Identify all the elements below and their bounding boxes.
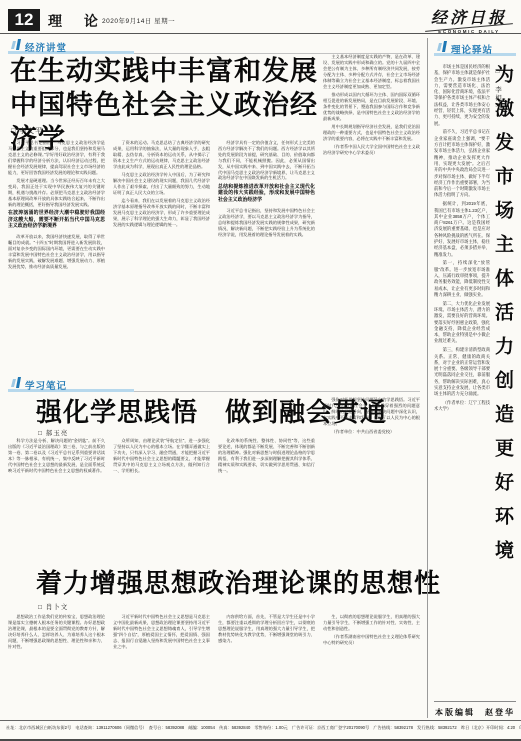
article-political-economy: 经济讲堂 在生动实践中丰富和发展 中国特色社会主义政治经济学 □ 李义平 习近平… bbox=[8, 38, 420, 374]
body-paragraph: 内容供给方面，首先，不管是大学生还是中小学生，都要注重以透彻的学理分析回应学生，… bbox=[218, 614, 315, 644]
header-rule bbox=[0, 33, 521, 34]
body-paragraph: 科学方法是分析、解决问题的“金钥匙”。前不久出版的《习近平谈治国理政》第三卷，与… bbox=[8, 438, 105, 473]
body-paragraph: 习近平新时代中国特色社会主义思想是马克思主义中国化最新成果，思想政治理论课要坚持… bbox=[113, 614, 210, 649]
body-paragraph: （作者系中国人民大学全国中国特色社会主义政治经济学研究中心学术委员） bbox=[323, 144, 420, 156]
body-paragraph: 主义基本经济制度是实践的产物，是在改革、建设、发展的实践中形成和确立的。党的十九… bbox=[323, 54, 420, 89]
body-paragraph: 强化对新思想坚持问题导向的学思践悟。习近平新时代中国特色社会主义思想贯穿着强烈的… bbox=[323, 397, 420, 427]
body-paragraph: （作者单位：中共山西省委党校） bbox=[323, 429, 420, 435]
sidebar-divider bbox=[427, 38, 428, 718]
body-paragraph: 用中长期规划指导经济社会发展，是我们党治国理政的一种重要方式，也是中国特色社会主… bbox=[323, 124, 420, 142]
column-tag-economics: 经济讲堂 bbox=[8, 38, 420, 55]
column-flag-icon bbox=[436, 40, 448, 58]
body-paragraph: 推动形成以国内大循环为主体、国内国际双循环相互促进的新发展格局，是在目前发展阶段… bbox=[323, 92, 420, 122]
body-paragraph: （作者系湖南省中国特色社会主义理论体系研究中心特约研究员） bbox=[323, 634, 420, 646]
body-paragraph: 发展才是硬道理。当今世界正经历百年未有之大变局，我国正处于实现中华民族伟大复兴的… bbox=[8, 178, 105, 208]
article2-column-2: 众所周知，由理论武装“导航定位”，进一步强化了坚持以人民为中心的根本立场。在学懂… bbox=[113, 438, 210, 560]
article1-column-2: 了资本的运动。马克思总结了古典经济学的研究成果，运用科学的抽象法，从大量的现象入… bbox=[113, 140, 210, 370]
tag-label: 经济讲堂 bbox=[25, 40, 67, 54]
body-paragraph: 市场主体是国民经济的根基，保护市场主体就是保护社会生产力。激发市场主体活力，需要… bbox=[434, 64, 490, 127]
body-subhead: 在波涛汹涌的世界经济大潮中稳驶好我国经济这艘大船，需要不断开拓当代中国马克思主义… bbox=[8, 211, 105, 231]
page-editor: 本版编辑 赵登华 bbox=[434, 701, 516, 718]
article1-column-1: 习近平总书记指出：“马克思主义政治经济学是马克思主义的重要组成部分，也是我们坚持… bbox=[8, 140, 105, 370]
body-paragraph: 第二，大力优化企业发展环境。市场主体活力、潜力的激发，需要良好的营商环境。要落实… bbox=[434, 301, 490, 345]
page-number: 12 bbox=[8, 9, 40, 31]
body-paragraph: 习近平总书记指出：“马克思主义政治经济学是马克思主义的重要组成部分，也是我们坚持… bbox=[8, 140, 105, 175]
tag-label: 理论驿站 bbox=[451, 42, 493, 56]
column-flag-icon bbox=[10, 38, 22, 56]
body-subhead: 总结和提炼推进改革开放和社会主义现代化建设的伟大实践经验，形成和发展中国特色社会… bbox=[218, 185, 315, 205]
column-tag-study: 学习笔记 bbox=[8, 376, 420, 393]
article2-byline: □ 郝玉亮 bbox=[38, 428, 68, 437]
article3-column-1: 思想政治工作是我们党的传家宝，思想政治理论课是落实立德树人根本任务的关键课程。办… bbox=[8, 614, 105, 710]
body-paragraph: 据统计，到2019年底，我国已有市场主体1.23亿户，其中企业3858万户，个体… bbox=[434, 201, 490, 258]
article3-column-3: 内容供给方面，首先，不管是大学生还是中小学生，都要注重以透彻的学理分析回应学生，… bbox=[218, 614, 315, 710]
sidebar-vertical-headline: 为激发市场主体活力创造更好环境 bbox=[489, 64, 516, 624]
body-paragraph: 了资本的运动。马克思总结了古典经济学的研究成果，运用科学的抽象法，从大量的现象入… bbox=[113, 140, 210, 170]
article3-column-2: 习近平新时代中国特色社会主义思想是马克思主义中国化最新成果，思想政治理论课要坚持… bbox=[113, 614, 210, 710]
article-ideological-course: 着力增强思想政治理论课的思想性 □ 肖卜文 思想政治工作是我们党的传家宝，思想政… bbox=[8, 562, 420, 712]
masthead: 经济日报 ECONOMIC DAILY bbox=[423, 5, 515, 34]
body-paragraph: 习近平总书记指出，坚持和发展中国特色社会主义政治经济学，要以马克思主义政治经济学… bbox=[218, 208, 315, 238]
body-paragraph: 第三，构建亲清新型政商关系。正常、健康的政商关系，对于企业的正常运营和发展十分重… bbox=[434, 347, 490, 397]
newspaper-page: 12 理 论 2020年9月14日 星期一 经济日报 ECONOMIC DAIL… bbox=[0, 0, 521, 741]
article3-byline: □ 肖卜文 bbox=[38, 602, 68, 611]
article1-column-3: 经济学具有一定的价值含义，任何形式上完美的西方经济学解决不了我们的问题。西方经济… bbox=[218, 140, 315, 370]
section-title: 理 论 bbox=[48, 11, 107, 31]
issue-date: 2020年9月14日 星期一 bbox=[102, 16, 175, 25]
column-flag-icon bbox=[10, 376, 22, 394]
article1-column-4: 主义基本经济制度是实践的产物，是在改革、建设、发展的实践中形成和确立的。党的十九… bbox=[323, 54, 420, 370]
body-paragraph: 生，以彻底的思想理论说服学生，用真理的强大力量引导学生，不断增强工作的针对性、实… bbox=[323, 614, 420, 632]
column-tag-station: 理论驿站 bbox=[434, 40, 516, 57]
headline-line1: 在生动实践中丰富和发展 bbox=[10, 54, 328, 88]
body-paragraph: 思想政治工作是我们党的传家宝，思想政治理论课是落实立德树人根本任务的关键课程。办… bbox=[8, 614, 105, 649]
imprint-footer: 社址：北京市西城区白纸坊东街2号 电话查询：13911270606（同微信号） … bbox=[0, 720, 521, 731]
sidebar-body-column: 市场主体是国民经济的根基，保护市场主体就是保护社会生产力。激发市场主体活力，需要… bbox=[434, 64, 490, 664]
article2-column-3: 化改革的系统性、整体性、协同性”等，这些重要论述，体现的都是不断发展、不断完善和… bbox=[218, 438, 315, 560]
article2-column-1: 科学方法是分析、解决问题的“金钥匙”。前不久出版的《习近平谈治国理政》第三卷，与… bbox=[8, 438, 105, 560]
article3-headline: 着力增强思想政治理论课的思想性 bbox=[36, 568, 441, 598]
article2-column-4: 强化对新思想坚持问题导向的学思践悟。习近平新时代中国特色社会主义思想贯穿着强烈的… bbox=[323, 397, 420, 560]
article3-column-4: 生，以彻底的思想理论说服学生，用真理的强大力量引导学生，不断增强工作的针对性、实… bbox=[323, 614, 420, 710]
body-paragraph: 马克思主义政治经济学传入中国后，为了研究和解决中国社会主义建设的现实问题，我国几… bbox=[113, 172, 210, 196]
body-paragraph: 众所周知，由理论武装“导航定位”，进一步强化了坚持以人民为中心的根本立场。在学懂… bbox=[113, 438, 210, 473]
tag-label: 学习笔记 bbox=[25, 378, 67, 392]
article-study-notes: 学习笔记 强化学思践悟 做到融会贯通 □ 郝玉亮 科学方法是分析、解决问题的“金… bbox=[8, 376, 420, 562]
body-paragraph: 经济学具有一定的价值含义，任何形式上完美的西方经济学解决不了我们的问题。西方经济… bbox=[218, 140, 315, 181]
body-paragraph: 化改革的系统性、整体性、协同性”等，这些重要论述，体现的都是不断发展、不断完善和… bbox=[218, 438, 315, 473]
article1-byline: □ 李义平 bbox=[11, 126, 43, 136]
body-paragraph: 迄今看来，我们在以发展着的马克思主义政治经济学基本原理指导改革开放实践的同时，不… bbox=[113, 198, 210, 228]
sidebar-theory-station: 理论驿站 市场主体是国民经济的根基，保护市场主体就是保护社会生产力。激发市场主体… bbox=[434, 38, 516, 718]
body-paragraph: （作者单位：辽宁工程技术大学） bbox=[434, 400, 490, 413]
body-paragraph: 第一，持续深化“放管服”改革。进一步放宽市场准入，压减行政审批事项，提升政务服务… bbox=[434, 260, 490, 298]
body-paragraph: 改革开放以来，我国经济快速发展，取得了举世瞩目的成就。“十四五”时期我国将进入新… bbox=[8, 234, 105, 269]
body-paragraph: 前不久，习近平总书记在企业家座谈会上强调，“要千方百计把市场主体保护好，激发市场… bbox=[434, 129, 490, 198]
